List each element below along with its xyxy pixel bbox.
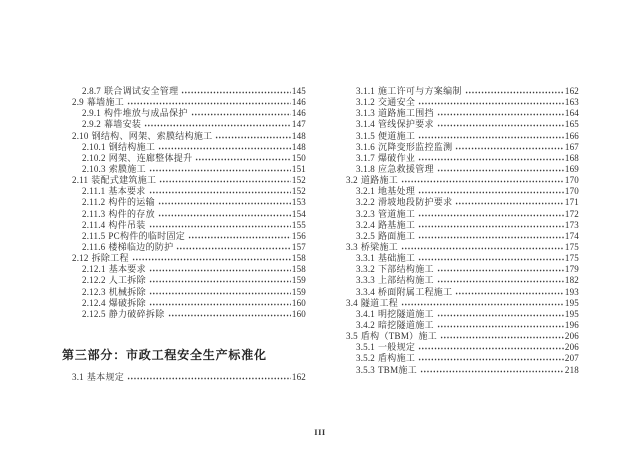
- toc-entry: 3.2.4路基施工173: [336, 220, 579, 231]
- toc-entry: 3.1.2交通安全163: [336, 97, 579, 108]
- entry-number: 2.12.5: [82, 309, 106, 320]
- entry-number: 3.1: [72, 372, 84, 383]
- entry-title: 构件的存放: [108, 209, 155, 220]
- entry-title: 网架、连廊整体提升: [109, 153, 193, 164]
- dot-leader: [437, 169, 564, 172]
- entry-number: 3.3: [346, 242, 358, 253]
- entry-title: 构件的运输: [108, 197, 155, 208]
- entry-title: 装配式建筑施工: [91, 175, 156, 186]
- entry-number: 2.11.2: [82, 197, 105, 208]
- dot-leader: [418, 225, 564, 228]
- entry-title: 滑坡地段防护要求: [378, 197, 452, 208]
- dot-leader: [418, 191, 564, 194]
- toc-entry: 3.1.6沉降变形监控监测167: [336, 142, 579, 153]
- entry-page-number: 145: [292, 86, 306, 97]
- toc-entry: 2.10.1钢结构施工148: [62, 142, 306, 153]
- entry-title: 基本要求: [109, 264, 146, 275]
- dot-leader: [437, 124, 564, 127]
- entry-page-number: 172: [565, 209, 579, 220]
- toc-entry: 3.1.8应急救援管理169: [336, 164, 579, 175]
- toc-entry: 2.12拆除工程158: [62, 253, 306, 264]
- toc-column-left: 2.8.7联合调试安全管理1452.9幕墙施工1462.9.1构件堆放与成品保护…: [62, 86, 306, 383]
- entry-title: 拆除工程: [92, 253, 129, 264]
- dot-leader: [418, 102, 564, 105]
- entry-number: 3.5.3: [356, 365, 375, 376]
- dot-leader: [465, 91, 564, 94]
- toc-entry: 3.1.4管线保护要求165: [336, 119, 579, 130]
- entry-page-number: 182: [565, 275, 579, 286]
- entry-title: 幕墙安装: [104, 119, 141, 130]
- entry-page-number: 206: [565, 331, 579, 342]
- toc-entry: 3.2.1地基处理170: [336, 186, 579, 197]
- dot-leader: [401, 303, 564, 306]
- entry-title: 楼梯临边的防护: [108, 242, 173, 253]
- dot-leader: [437, 269, 564, 272]
- entry-number: 2.11.6: [82, 242, 105, 253]
- toc-entry: 3.5.3TBM施工218: [336, 365, 579, 376]
- toc-entry: 3.1.7爆破作业168: [336, 153, 579, 164]
- dot-leader: [149, 225, 291, 228]
- toc-entry: 3.3.3上部结构施工182: [336, 275, 579, 286]
- entry-number: 2.10: [72, 131, 89, 142]
- toc-entry: 2.11.2构件的运输153: [62, 197, 306, 208]
- toc-entry: 3.1.1施工许可与方案编制162: [336, 86, 579, 97]
- entry-number: 3.1.3: [356, 108, 375, 119]
- entry-page-number: 171: [565, 197, 579, 208]
- entry-number: 2.10.1: [82, 142, 106, 153]
- toc-entry: 2.11装配式建筑施工152: [62, 175, 306, 186]
- entry-page-number: 160: [292, 309, 306, 320]
- entry-page-number: 148: [292, 131, 306, 142]
- entry-title: 一般规定: [378, 342, 415, 353]
- dot-leader: [188, 236, 291, 239]
- dot-leader: [127, 102, 291, 105]
- toc-entry: 2.9.1构件堆放与成品保护146: [62, 108, 306, 119]
- entry-page-number: 156: [292, 231, 306, 242]
- footer-page-number: III: [0, 427, 640, 437]
- toc-entry: 3.5.1一般规定206: [336, 342, 579, 353]
- dot-leader: [159, 180, 291, 183]
- dot-leader: [132, 258, 291, 261]
- entry-page-number: 146: [292, 108, 306, 119]
- toc-entry: 2.12.5静力破碎拆除160: [62, 309, 306, 320]
- entry-number: 2.11.4: [82, 220, 105, 231]
- entry-number: 3.3.4: [356, 287, 375, 298]
- part-heading: 第三部分：市政工程安全生产标准化: [62, 346, 306, 363]
- entry-page-number: 195: [565, 298, 579, 309]
- entry-page-number: 167: [565, 142, 579, 153]
- entry-page-number: 193: [565, 287, 579, 298]
- entry-number: 2.12: [72, 253, 89, 264]
- dot-leader: [418, 358, 564, 361]
- entry-number: 2.10.2: [82, 153, 106, 164]
- entry-number: 3.3.3: [356, 275, 375, 286]
- entry-title: 隧道工程: [361, 298, 398, 309]
- entry-page-number: 160: [292, 298, 306, 309]
- dot-leader: [149, 191, 291, 194]
- entry-page-number: 153: [292, 197, 306, 208]
- entry-number: 3.4.1: [356, 309, 375, 320]
- entry-page-number: 162: [292, 372, 306, 383]
- entry-page-number: 169: [565, 164, 579, 175]
- dot-leader: [158, 202, 291, 205]
- toc-entry: 3.1基本规定162: [62, 372, 306, 383]
- toc-entry: 2.9幕墙施工146: [62, 97, 306, 108]
- entry-title: 路面施工: [378, 231, 415, 242]
- entry-title: 盾构施工: [378, 353, 415, 364]
- entry-page-number: 155: [292, 220, 306, 231]
- dot-leader: [418, 136, 564, 139]
- dot-leader: [144, 124, 291, 127]
- toc-entry: 2.9.2幕墙安装147: [62, 119, 306, 130]
- toc-entry: 3.2.5路面施工174: [336, 231, 579, 242]
- entry-title: 联合调试安全管理: [104, 86, 178, 97]
- toc-entry: 2.8.7联合调试安全管理145: [62, 86, 306, 97]
- entry-title: 钢结构施工: [109, 142, 156, 153]
- dot-leader: [195, 158, 290, 161]
- entry-number: 3.2.4: [356, 220, 375, 231]
- entry-number: 2.8.7: [82, 86, 101, 97]
- dot-leader: [437, 280, 564, 283]
- entry-title: 幕墙施工: [87, 97, 124, 108]
- entry-title: 盾构（TBM）施工: [361, 331, 437, 342]
- entry-page-number: 154: [292, 209, 306, 220]
- dot-leader: [440, 336, 564, 339]
- toc-entry: 2.12.3机械拆除159: [62, 287, 306, 298]
- toc-column-right: 3.1.1施工许可与方案编制1623.1.2交通安全1633.1.3道路施工围挡…: [336, 86, 579, 376]
- entry-number: 3.2.2: [356, 197, 375, 208]
- entry-number: 3.4.2: [356, 320, 375, 331]
- entry-page-number: 168: [565, 153, 579, 164]
- entry-page-number: 158: [292, 264, 306, 275]
- toc-entry: 2.11.5PC构件的临时固定156: [62, 231, 306, 242]
- entry-number: 3.1.4: [356, 119, 375, 130]
- entry-title: 地基处理: [378, 186, 415, 197]
- entry-title: 基本规定: [87, 372, 124, 383]
- entry-title: 道路施工: [361, 175, 398, 186]
- entry-number: 3.1.1: [356, 86, 375, 97]
- dot-leader: [168, 314, 291, 317]
- dot-leader: [181, 91, 290, 94]
- entry-title: 桥梁施工: [361, 242, 398, 253]
- entry-page-number: 218: [565, 365, 579, 376]
- entry-number: 3.1.5: [356, 131, 375, 142]
- entry-page-number: 196: [565, 320, 579, 331]
- dot-leader: [418, 158, 564, 161]
- entry-page-number: 157: [292, 242, 306, 253]
- toc-entry: 2.10钢结构、网架、索膜结构施工148: [62, 131, 306, 142]
- toc-entry: 2.11.6楼梯临边的防护157: [62, 242, 306, 253]
- entry-page-number: 148: [292, 142, 306, 153]
- entry-title: 爆破作业: [378, 153, 415, 164]
- entry-number: 3.5: [346, 331, 358, 342]
- entry-number: 3.1.7: [356, 153, 375, 164]
- entry-page-number: 174: [565, 231, 579, 242]
- entry-page-number: 175: [565, 253, 579, 264]
- dot-leader: [437, 113, 564, 116]
- dot-leader: [149, 292, 291, 295]
- entry-title: 爆破拆除: [109, 298, 146, 309]
- entry-number: 2.9.2: [82, 119, 101, 130]
- dot-leader: [127, 377, 291, 380]
- entry-title: 基础施工: [378, 253, 415, 264]
- entry-page-number: 152: [292, 186, 306, 197]
- entry-number: 3.1.2: [356, 97, 375, 108]
- dot-leader: [455, 292, 563, 295]
- entry-number: 2.12.2: [82, 275, 106, 286]
- entry-number: 3.5.2: [356, 353, 375, 364]
- toc-entry: 3.3桥梁施工175: [336, 242, 579, 253]
- entry-title: 管道施工: [378, 209, 415, 220]
- dot-leader: [437, 314, 564, 317]
- toc-entry: 2.11.3构件的存放154: [62, 209, 306, 220]
- entry-page-number: 170: [565, 175, 579, 186]
- entry-page-number: 152: [292, 175, 306, 186]
- entry-title: 构件吊装: [108, 220, 145, 231]
- entry-page-number: 158: [292, 253, 306, 264]
- dot-leader: [420, 370, 564, 373]
- entry-number: 3.2.5: [356, 231, 375, 242]
- entry-title: 静力破碎拆除: [109, 309, 165, 320]
- dot-leader: [418, 347, 564, 350]
- entry-page-number: 166: [565, 131, 579, 142]
- entry-title: 便道施工: [378, 131, 415, 142]
- entry-title: 桥面附属工程施工: [378, 287, 452, 298]
- entry-page-number: 150: [292, 153, 306, 164]
- document-page: 2.8.7联合调试安全管理1452.9幕墙施工1462.9.1构件堆放与成品保护…: [0, 0, 640, 472]
- dot-leader: [437, 325, 564, 328]
- entry-title: 道路施工围挡: [378, 108, 434, 119]
- entry-page-number: 207: [565, 353, 579, 364]
- dot-leader: [149, 169, 291, 172]
- entry-number: 3.1.8: [356, 164, 375, 175]
- entry-title: 构件堆放与成品保护: [104, 108, 188, 119]
- entry-title: 沉降变形监控监测: [378, 142, 452, 153]
- entry-number: 2.9.1: [82, 108, 101, 119]
- entry-number: 3.2.1: [356, 186, 375, 197]
- entry-page-number: 151: [292, 164, 306, 175]
- toc-entry: 3.3.4桥面附属工程施工193: [336, 287, 579, 298]
- entry-number: 3.2: [346, 175, 358, 186]
- entry-number: 2.11.5: [82, 231, 105, 242]
- dot-leader: [158, 214, 291, 217]
- entry-title: 基本要求: [108, 186, 145, 197]
- entry-title: TBM施工: [378, 365, 417, 376]
- entry-title: 应急救援管理: [378, 164, 434, 175]
- entry-title: 下部结构施工: [378, 264, 434, 275]
- entry-page-number: 165: [565, 119, 579, 130]
- toc-entry: 3.4隧道工程195: [336, 298, 579, 309]
- toc-entry: 3.4.1明挖隧道施工195: [336, 309, 579, 320]
- dot-leader: [176, 247, 290, 250]
- dot-leader: [215, 136, 290, 139]
- entry-title: 路基施工: [378, 220, 415, 231]
- entry-page-number: 164: [565, 108, 579, 119]
- entry-number: 3.1.6: [356, 142, 375, 153]
- entry-number: 2.11: [72, 175, 88, 186]
- toc-left-entries-bottom: 3.1基本规定162: [62, 372, 306, 383]
- dot-leader: [149, 303, 291, 306]
- dot-leader: [149, 269, 291, 272]
- entry-page-number: 163: [565, 97, 579, 108]
- dot-leader: [455, 202, 563, 205]
- entry-title: 管线保护要求: [378, 119, 434, 130]
- dot-leader: [401, 247, 564, 250]
- dot-leader: [418, 214, 564, 217]
- dot-leader: [158, 147, 291, 150]
- entry-page-number: 206: [565, 342, 579, 353]
- entry-page-number: 195: [565, 309, 579, 320]
- dot-leader: [191, 113, 291, 116]
- entry-title: PC构件的临时固定: [108, 231, 185, 242]
- entry-page-number: 162: [565, 86, 579, 97]
- toc-entry: 2.12.4爆破拆除160: [62, 298, 306, 309]
- toc-entry: 2.12.1基本要求158: [62, 264, 306, 275]
- entry-title: 人工拆除: [109, 275, 146, 286]
- entry-page-number: 159: [292, 275, 306, 286]
- entry-number: 2.11.3: [82, 209, 105, 220]
- entry-title: 明挖隧道施工: [378, 309, 434, 320]
- entry-number: 3.4: [346, 298, 358, 309]
- entry-page-number: 147: [292, 119, 306, 130]
- entry-number: 2.9: [72, 97, 84, 108]
- entry-number: 2.10.3: [82, 164, 106, 175]
- entry-title: 施工许可与方案编制: [378, 86, 462, 97]
- dot-leader: [455, 147, 563, 150]
- toc-left-entries-top: 2.8.7联合调试安全管理1452.9幕墙施工1462.9.1构件堆放与成品保护…: [62, 86, 306, 320]
- toc-entry: 2.11.4构件吊装155: [62, 220, 306, 231]
- dot-leader: [149, 280, 291, 283]
- dot-leader: [418, 258, 564, 261]
- entry-number: 3.2.3: [356, 209, 375, 220]
- entry-number: 3.3.2: [356, 264, 375, 275]
- entry-page-number: 173: [565, 220, 579, 231]
- toc-entry: 3.4.2暗挖隧道施工196: [336, 320, 579, 331]
- entry-title: 钢结构、网架、索膜结构施工: [92, 131, 213, 142]
- toc-entry: 2.10.3索膜施工151: [62, 164, 306, 175]
- toc-entry: 3.3.2下部结构施工179: [336, 264, 579, 275]
- toc-entry: 3.2.2滑坡地段防护要求171: [336, 197, 579, 208]
- entry-title: 交通安全: [378, 97, 415, 108]
- entry-page-number: 159: [292, 287, 306, 298]
- entry-number: 3.3.1: [356, 253, 375, 264]
- entry-number: 2.12.4: [82, 298, 106, 309]
- toc-entry: 3.5盾构（TBM）施工206: [336, 331, 579, 342]
- entry-title: 暗挖隧道施工: [378, 320, 434, 331]
- entry-title: 索膜施工: [109, 164, 146, 175]
- toc-entry: 2.10.2网架、连廊整体提升150: [62, 153, 306, 164]
- toc-entry: 2.12.2人工拆除159: [62, 275, 306, 286]
- toc-entry: 3.1.3道路施工围挡164: [336, 108, 579, 119]
- entry-page-number: 179: [565, 264, 579, 275]
- toc-entry: 2.11.1基本要求152: [62, 186, 306, 197]
- toc-entry: 3.3.1基础施工175: [336, 253, 579, 264]
- dot-leader: [418, 236, 564, 239]
- entry-title: 机械拆除: [109, 287, 146, 298]
- entry-number: 3.5.1: [356, 342, 375, 353]
- entry-page-number: 170: [565, 186, 579, 197]
- toc-entry: 3.1.5便道施工166: [336, 131, 579, 142]
- entry-page-number: 175: [565, 242, 579, 253]
- entry-page-number: 146: [292, 97, 306, 108]
- entry-title: 上部结构施工: [378, 275, 434, 286]
- entry-number: 2.12.1: [82, 264, 106, 275]
- toc-entry: 3.2道路施工170: [336, 175, 579, 186]
- entry-number: 2.12.3: [82, 287, 106, 298]
- toc-entry: 3.5.2盾构施工207: [336, 353, 579, 364]
- toc-entry: 3.2.3管道施工172: [336, 209, 579, 220]
- dot-leader: [401, 180, 564, 183]
- toc-right-entries: 3.1.1施工许可与方案编制1623.1.2交通安全1633.1.3道路施工围挡…: [336, 86, 579, 376]
- entry-number: 2.11.1: [82, 186, 105, 197]
